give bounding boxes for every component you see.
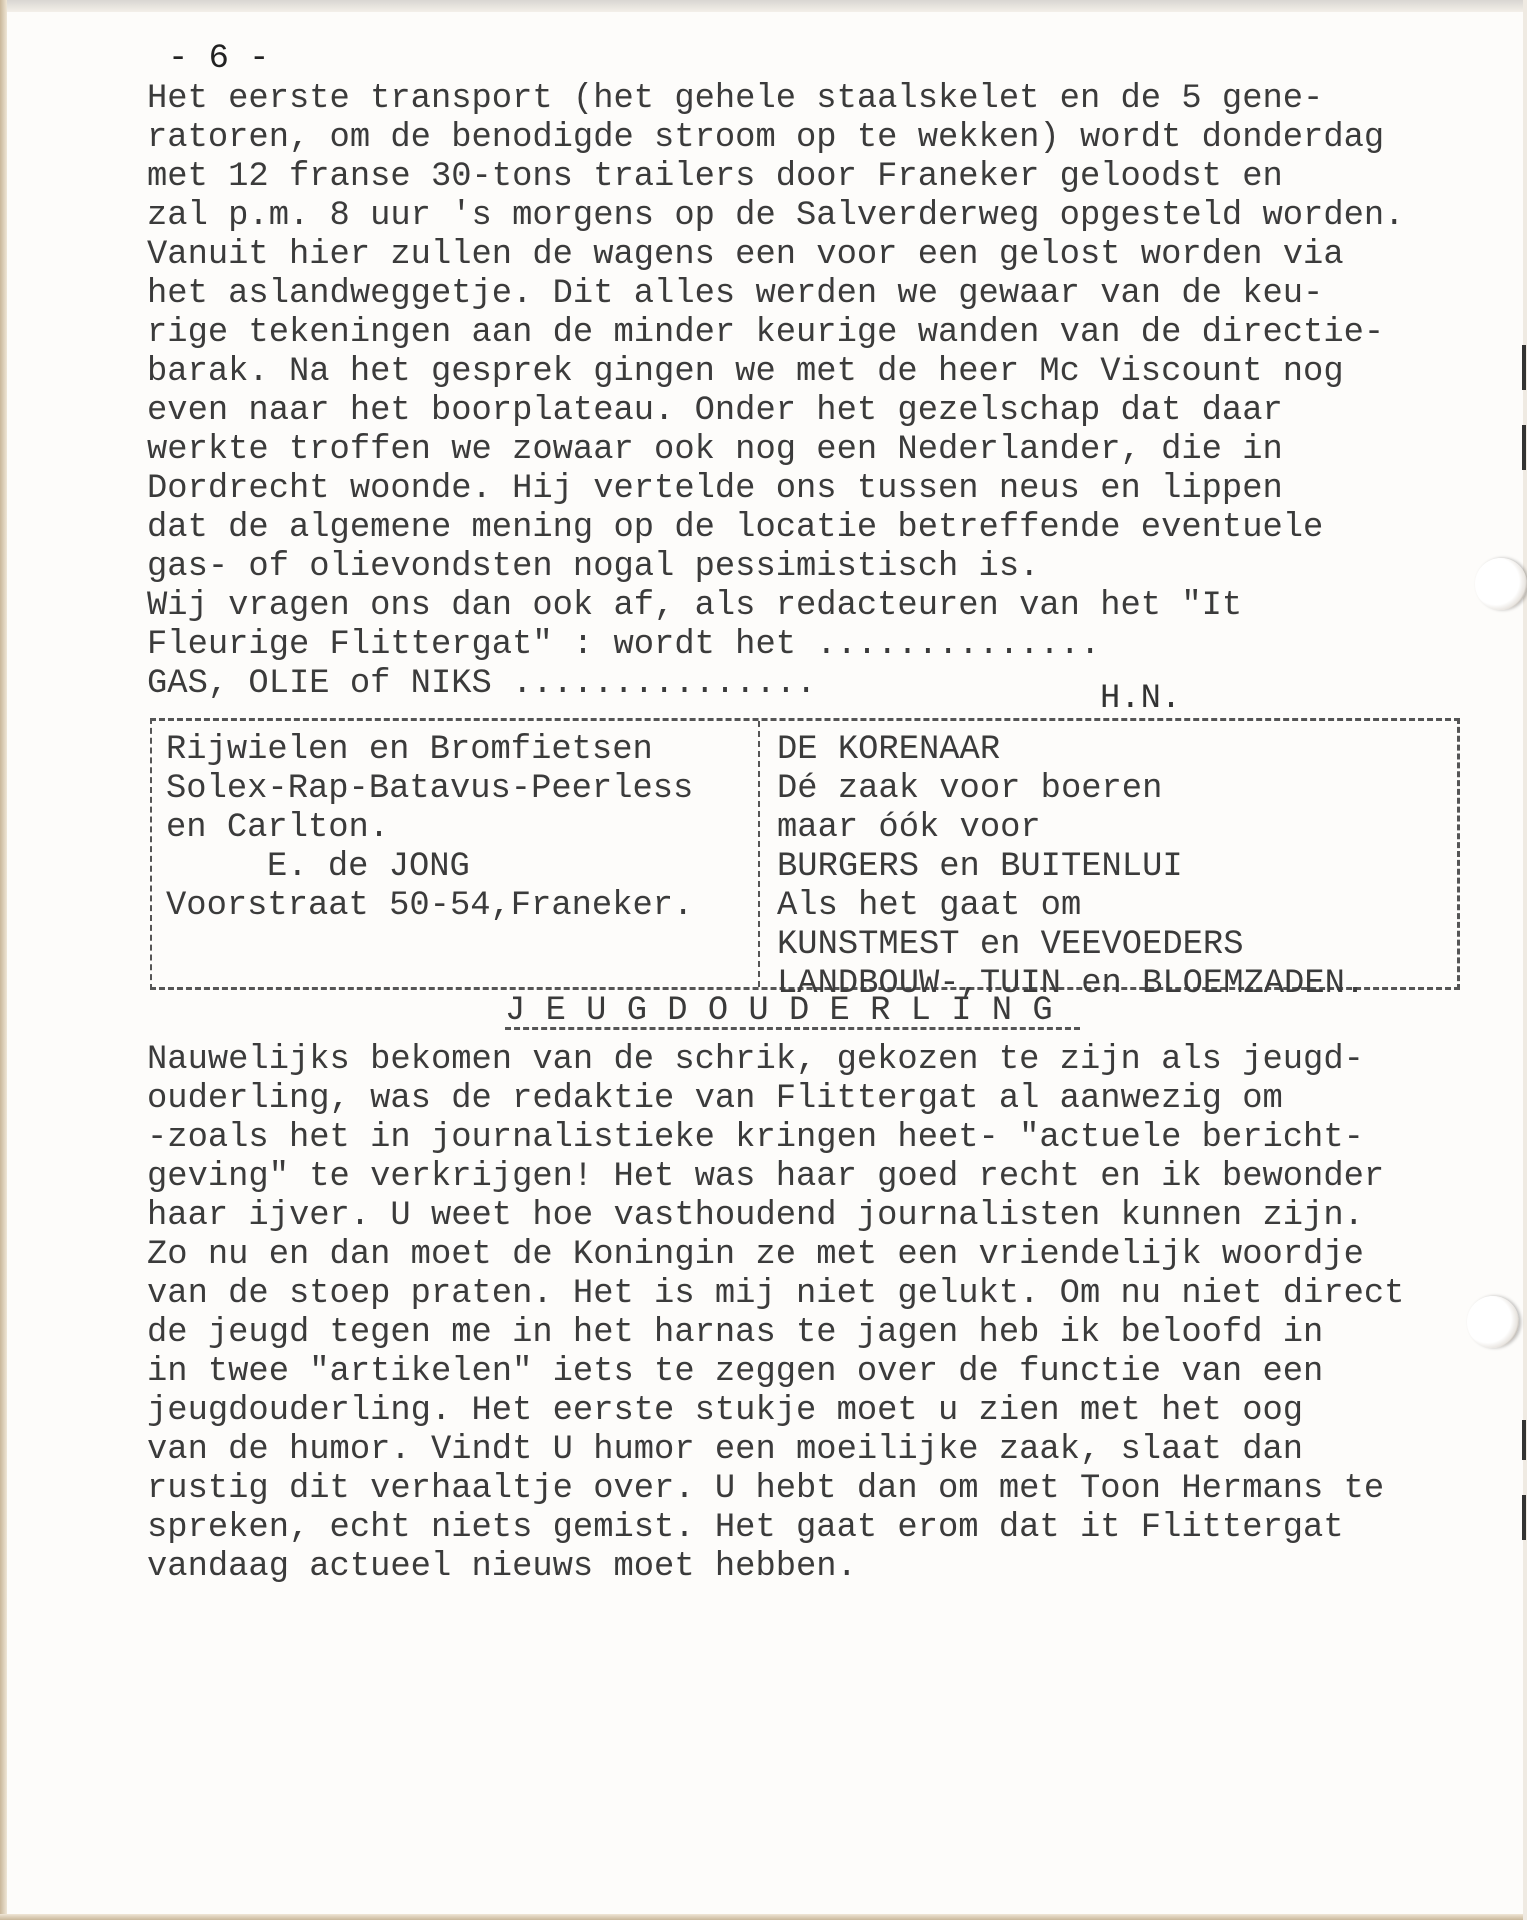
text-line: van de stoep praten. Het is mij niet gel… xyxy=(147,1275,1404,1314)
punch-hole xyxy=(1475,558,1527,610)
ad-line: E. de JONG xyxy=(166,848,693,887)
text-line: rustig dit verhaaltje over. U hebt dan o… xyxy=(147,1470,1384,1509)
text-line: jeugdouderling. Het eerste stukje moet u… xyxy=(147,1392,1303,1431)
text-line: geving" te verkrijgen! Het was haar goed… xyxy=(147,1158,1384,1197)
text-line: vandaag actueel nieuws moet hebben. xyxy=(147,1548,857,1587)
ad-line: DE KORENAAR xyxy=(777,731,1365,770)
advertisement-bicycle-shop: Rijwielen en Bromfietsen Solex-Rap-Batav… xyxy=(166,731,693,926)
text-line: werkte troffen we zowaar ook nog een Ned… xyxy=(147,431,1283,470)
ad-line: maar óók voor xyxy=(777,809,1365,848)
page-edge-top xyxy=(0,0,1527,12)
advertisement-box: Rijwielen en Bromfietsen Solex-Rap-Batav… xyxy=(150,718,1460,990)
text-line: spreken, echt niets gemist. Het gaat ero… xyxy=(147,1509,1344,1548)
text-line: Fleurige Flittergat" : wordt het .......… xyxy=(147,626,1100,665)
page-edge-mark xyxy=(1522,345,1526,390)
text-line: ouderling, was de redaktie van Flitterga… xyxy=(147,1080,1283,1119)
text-line: GAS, OLIE of NIKS ............... xyxy=(147,665,816,704)
text-line: ratoren, om de benodigde stroom op te we… xyxy=(147,119,1384,158)
ad-line: en Carlton. xyxy=(166,809,693,848)
author-signature: H.N. xyxy=(1100,680,1181,718)
text-line: dat de algemene mening op de locatie bet… xyxy=(147,509,1323,548)
text-line: Nauwelijks bekomen van de schrik, gekoze… xyxy=(147,1041,1364,1080)
text-line: -zoals het in journalistieke kringen hee… xyxy=(147,1119,1364,1158)
text-line: Wij vragen ons dan ook af, als redacteur… xyxy=(147,587,1242,626)
page-edge-left xyxy=(0,0,7,1920)
text-line: barak. Na het gesprek gingen we met de h… xyxy=(147,353,1344,392)
text-line: Dordrecht woonde. Hij vertelde ons tusse… xyxy=(147,470,1283,509)
text-line: even naar het boorplateau. Onder het gez… xyxy=(147,392,1283,431)
text-line: rige tekeningen aan de minder keurige wa… xyxy=(147,314,1384,353)
section-title: J E U G D O U D E R L I N G xyxy=(505,992,1053,1030)
punch-hole xyxy=(1467,1296,1519,1348)
text-line: het aslandweggetje. Dit alles werden we … xyxy=(147,275,1323,314)
page-edge-right xyxy=(1523,0,1527,1920)
ad-line: Rijwielen en Bromfietsen xyxy=(166,731,693,770)
ad-line: KUNSTMEST en VEEVOEDERS xyxy=(777,926,1365,965)
text-line: de jeugd tegen me in het harnas te jagen… xyxy=(147,1314,1323,1353)
text-line: gas- of olievondsten nogal pessimistisch… xyxy=(147,548,1039,587)
ad-line: BURGERS en BUITENLUI xyxy=(777,848,1365,887)
section-title-underline xyxy=(505,1027,1080,1030)
text-line: van de humor. Vindt U humor een moeilijk… xyxy=(147,1431,1303,1470)
text-line: Het eerste transport (het gehele staalsk… xyxy=(147,80,1323,119)
text-line: zal p.m. 8 uur 's morgens op de Salverde… xyxy=(147,197,1404,236)
advertisement-de-korenaar: DE KORENAAR Dé zaak voor boeren maar óók… xyxy=(777,731,1365,1004)
text-line: in twee "artikelen" iets te zeggen over … xyxy=(147,1353,1323,1392)
page-edge-mark xyxy=(1522,1495,1526,1540)
page-edge-bottom xyxy=(0,1914,1527,1920)
ad-line: Solex-Rap-Batavus-Peerless xyxy=(166,770,693,809)
page-edge-mark xyxy=(1522,425,1526,470)
page-number: - 6 - xyxy=(168,40,269,78)
page-edge-mark xyxy=(1522,1420,1526,1460)
advertisement-divider xyxy=(758,721,760,987)
text-line: haar ijver. U weet hoe vasthoudend journ… xyxy=(147,1197,1364,1236)
ad-line: Als het gaat om xyxy=(777,887,1365,926)
ad-line: Dé zaak voor boeren xyxy=(777,770,1365,809)
text-line: met 12 franse 30-tons trailers door Fran… xyxy=(147,158,1283,197)
text-line: Vanuit hier zullen de wagens een voor ee… xyxy=(147,236,1344,275)
text-line: Zo nu en dan moet de Koningin ze met een… xyxy=(147,1236,1364,1275)
ad-line: Voorstraat 50-54,Franeker. xyxy=(166,887,693,926)
